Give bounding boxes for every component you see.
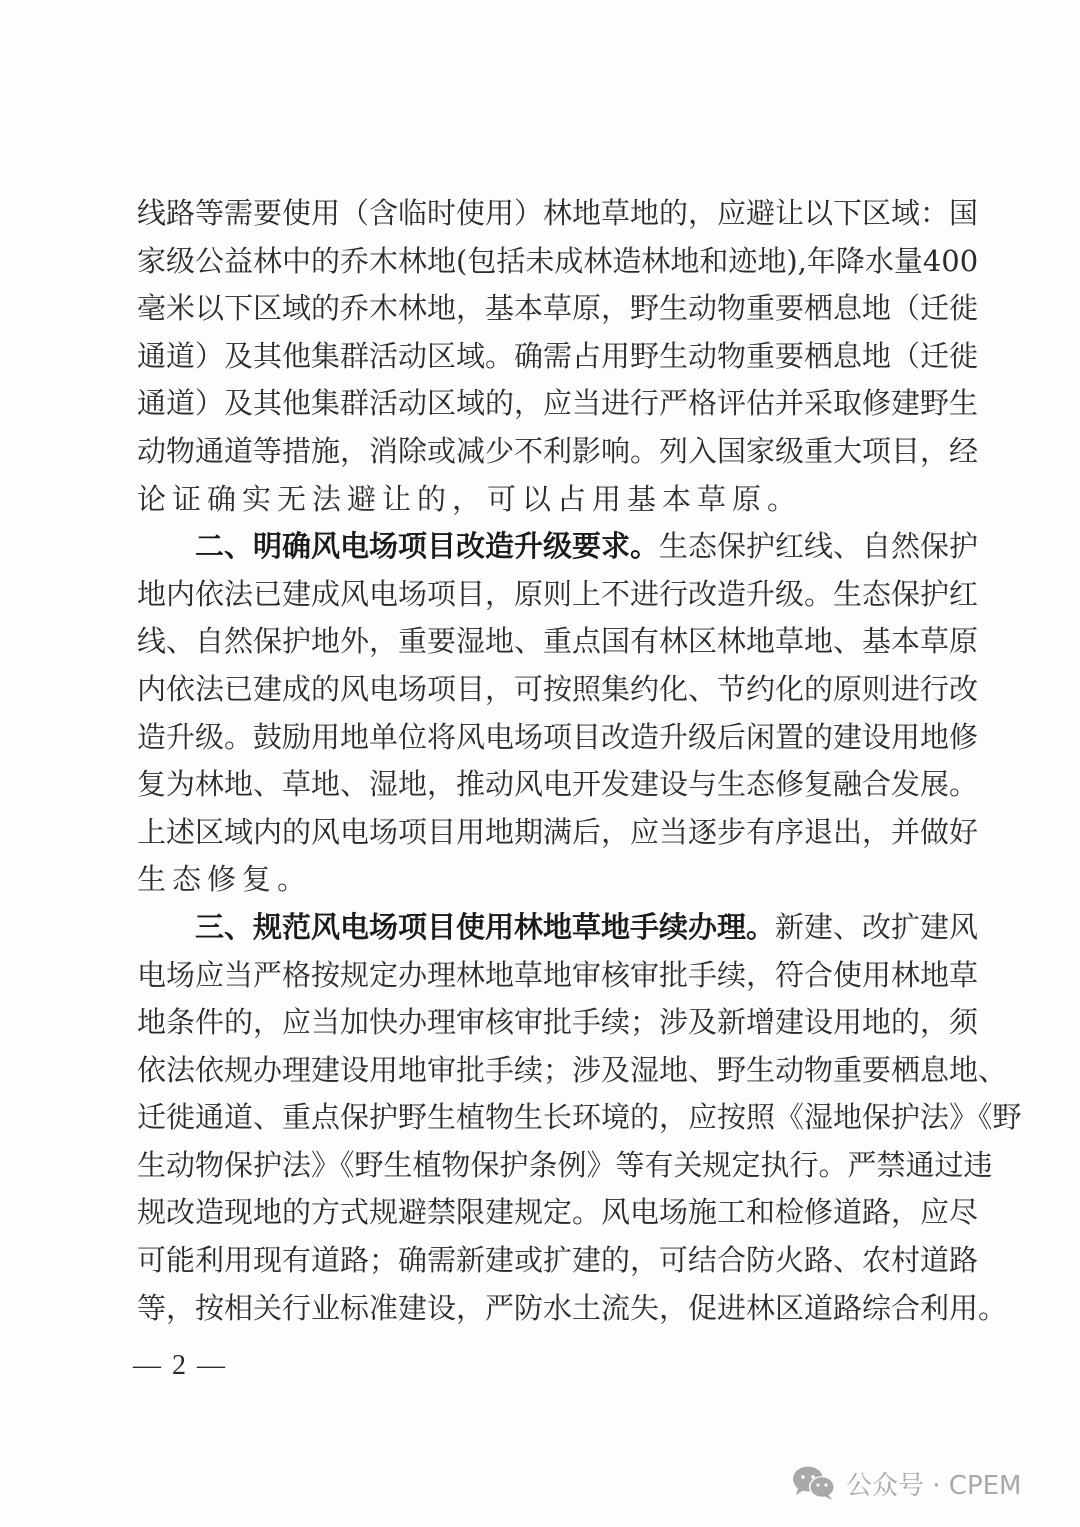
text-line: 地内依法已建成风电场项目，原则上不进行改造升级。生态保护红 bbox=[137, 571, 937, 619]
text-line: 通道）及其他集群活动区域的，应当进行严格评估并采取修建野生 bbox=[137, 380, 937, 428]
text-line: 等，按相关行业标准建设，严防水土流失，促进林区道路综合利用。 bbox=[137, 1285, 937, 1333]
text-line: 规改造现地的方式规避禁限建规定。风电场施工和检修道路，应尽 bbox=[137, 1189, 937, 1237]
line-text: 地内依法已建成风电场项目，原则上不进行改造升级。生态保护红 bbox=[137, 577, 978, 611]
line-text: 规改造现地的方式规避禁限建规定。风电场施工和检修道路，应尽 bbox=[137, 1195, 978, 1229]
text-line: 论证确实无法避让的，可以占用基本草原。 bbox=[137, 476, 937, 524]
line-text: 复为林地、草地、湿地，推动风电开发建设与生态修复融合发展。 bbox=[137, 767, 978, 801]
text-line: 通道）及其他集群活动区域。确需占用野生动物重要栖息地（迁徙 bbox=[137, 333, 937, 381]
line-text: 通道）及其他集群活动区域。确需占用野生动物重要栖息地（迁徙 bbox=[137, 339, 978, 373]
text-line: 家级公益林中的乔木林地(包括未成林造林地和迹地),年降水量400 bbox=[137, 238, 937, 286]
text-line: 迁徙通道、重点保护野生植物生长环境的，应按照《湿地保护法》《野 bbox=[137, 1094, 937, 1142]
page-number: — 2 — bbox=[133, 1348, 227, 1384]
line-text: 论证确实无法避让的，可以占用基本草原。 bbox=[137, 482, 802, 516]
document-body: 线路等需要使用（含临时使用）林地草地的，应避让以下区域：国家级公益林中的乔木林地… bbox=[137, 190, 937, 1332]
section-heading: 二、明确风电场项目改造升级要求。 bbox=[195, 529, 659, 563]
line-text: 依法依规办理建设用地审批手续；涉及湿地、野生动物重要栖息地、 bbox=[137, 1053, 1007, 1087]
text-line: 地条件的，应当加快办理审核审批手续；涉及新增建设用地的，须 bbox=[137, 999, 937, 1047]
line-text: 毫米以下区域的乔木林地，基本草原，野生动物重要栖息地（迁徙 bbox=[137, 291, 978, 325]
text-line: 生动物保护法》《野生植物保护条例》等有关规定执行。严禁通过违 bbox=[137, 1142, 937, 1190]
text-line: 造升级。鼓励用地单位将风电场项目改造升级后闲置的建设用地修 bbox=[137, 714, 937, 762]
text-line: 毫米以下区域的乔木林地，基本草原，野生动物重要栖息地（迁徙 bbox=[137, 285, 937, 333]
line-text: 电场应当严格按规定办理林地草地审核审批手续，符合使用林地草 bbox=[137, 958, 978, 992]
text-line: 电场应当严格按规定办理林地草地审核审批手续，符合使用林地草 bbox=[137, 952, 937, 1000]
line-text: 生态保护红线、自然保护 bbox=[659, 529, 978, 563]
watermark-text: 公众号 · CPEM bbox=[846, 1465, 1022, 1502]
line-text: 造升级。鼓励用地单位将风电场项目改造升级后闲置的建设用地修 bbox=[137, 720, 978, 754]
wechat-icon bbox=[792, 1465, 836, 1501]
line-text: 生态修复。 bbox=[137, 862, 312, 896]
wechat-watermark: 公众号 · CPEM bbox=[792, 1463, 1022, 1503]
line-text: 内依法已建成的风电场项目，可按照集约化、节约化的原则进行改 bbox=[137, 672, 978, 706]
text-line: 线路等需要使用（含临时使用）林地草地的，应避让以下区域：国 bbox=[137, 190, 937, 238]
text-line: 动物通道等措施，消除或减少不利影响。列入国家级重大项目，经 bbox=[137, 428, 937, 476]
line-text: 通道）及其他集群活动区域的，应当进行严格评估并采取修建野生 bbox=[137, 386, 978, 420]
line-text: 动物通道等措施，消除或减少不利影响。列入国家级重大项目，经 bbox=[137, 434, 978, 468]
text-line: 可能利用现有道路；确需新建或扩建的，可结合防火路、农村道路 bbox=[137, 1237, 937, 1285]
line-text: 迁徙通道、重点保护野生植物生长环境的，应按照《湿地保护法》《野 bbox=[137, 1100, 1022, 1134]
document-page: 线路等需要使用（含临时使用）林地草地的，应避让以下区域：国家级公益林中的乔木林地… bbox=[0, 0, 1080, 1527]
text-line: 生态修复。 bbox=[137, 856, 937, 904]
line-text: 线路等需要使用（含临时使用）林地草地的，应避让以下区域：国 bbox=[137, 196, 978, 230]
section-heading: 三、规范风电场项目使用林地草地手续办理。 bbox=[195, 910, 775, 944]
line-text: 可能利用现有道路；确需新建或扩建的，可结合防火路、农村道路 bbox=[137, 1243, 978, 1277]
line-text: 生动物保护法》《野生植物保护条例》等有关规定执行。严禁通过违 bbox=[137, 1148, 993, 1182]
text-line: 上述区域内的风电场项目用地期满后，应当逐步有序退出，并做好 bbox=[137, 809, 937, 857]
text-line: 依法依规办理建设用地审批手续；涉及湿地、野生动物重要栖息地、 bbox=[137, 1047, 937, 1095]
line-text: 地条件的，应当加快办理审核审批手续；涉及新增建设用地的，须 bbox=[137, 1005, 978, 1039]
text-line: 复为林地、草地、湿地，推动风电开发建设与生态修复融合发展。 bbox=[137, 761, 937, 809]
section-heading-line: 三、规范风电场项目使用林地草地手续办理。新建、改扩建风 bbox=[137, 904, 937, 952]
text-line: 线、自然保护地外，重要湿地、重点国有林区林地草地、基本草原 bbox=[137, 618, 937, 666]
text-line: 内依法已建成的风电场项目，可按照集约化、节约化的原则进行改 bbox=[137, 666, 937, 714]
section-heading-line: 二、明确风电场项目改造升级要求。生态保护红线、自然保护 bbox=[137, 523, 937, 571]
line-text: 新建、改扩建风 bbox=[775, 910, 978, 944]
line-text: 线、自然保护地外，重要湿地、重点国有林区林地草地、基本草原 bbox=[137, 624, 978, 658]
line-text: 上述区域内的风电场项目用地期满后，应当逐步有序退出，并做好 bbox=[137, 815, 978, 849]
line-text: 家级公益林中的乔木林地(包括未成林造林地和迹地),年降水量400 bbox=[137, 244, 978, 278]
line-text: 等，按相关行业标准建设，严防水土流失，促进林区道路综合利用。 bbox=[137, 1291, 1007, 1325]
